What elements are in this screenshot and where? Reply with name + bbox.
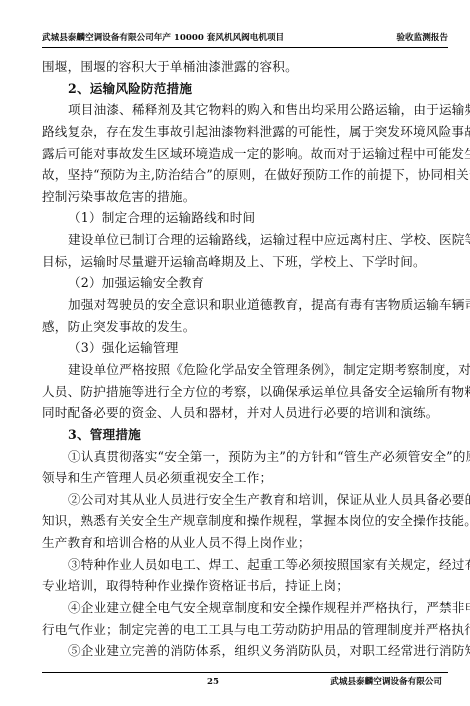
header-project-title: 武城县泰麟空调设备有限公司年产 10000 套风机风阀电机项目 bbox=[42, 31, 284, 45]
paragraph-line: 露后可能对事故发生区域环境造成一定的影响。故而对于运输过程中可能发生的风险事 bbox=[42, 143, 448, 165]
subheading-route-time: （1）制定合理的运输路线和时间 bbox=[42, 207, 448, 229]
list-item-1: ①认真贯彻落实“安全第一，预防为主”的方针和“管生产必须管安全”的原则，各级 bbox=[42, 446, 448, 468]
paragraph-line: 建设单位已制订合理的运输路线，运输过程中应远离村庄、学校、医院等敏感保护 bbox=[42, 229, 448, 251]
document-body: 围堰，围堰的容积大于单桶油漆泄露的容积。 2、运输风险防范措施 项目油漆、稀释剂… bbox=[42, 56, 448, 662]
paragraph-line: 行电气作业；制定完善的电工工具与电工劳动防护用品的管理制度并严格执行； bbox=[42, 619, 448, 641]
paragraph-line: 感，防止突发事故的发生。 bbox=[42, 316, 448, 338]
page-header: 武城县泰麟空调设备有限公司年产 10000 套风机风阀电机项目 验收监测报告 bbox=[42, 30, 448, 48]
subheading-transport-management: （3）强化运输管理 bbox=[42, 337, 448, 359]
paragraph-line: 知识，熟悉有关安全生产规章制度和操作规程，掌握本岗位的安全操作技能。未经安全 bbox=[42, 510, 448, 532]
paragraph-line: 目标，运输时尽量避开运输高峰期及上、下班，学校上、下学时间。 bbox=[42, 251, 448, 273]
paragraph-line: 同时配备必要的资金、人员和器材，并对人员进行必要的培训和演练。 bbox=[42, 402, 448, 424]
paragraph-line: 建设单位严格按照《危险化学品安全管理条例》，制定定期考察制度，对运输车辆、 bbox=[42, 359, 448, 381]
paragraph-line: 项目油漆、稀释剂及其它物料的购入和售出均采用公路运输，由于运输频繁，交通 bbox=[42, 99, 448, 121]
paragraph-line: 故，坚持“预防为主,防治结合”的原则，在做好预防工作的前提下，协同相关部门完善 bbox=[42, 164, 448, 186]
paragraph-line: 生产教育和培训合格的从业人员不得上岗作业； bbox=[42, 532, 448, 554]
section-heading-transport-risk: 2、运输风险防范措施 bbox=[42, 78, 448, 100]
footer-company: 武城县泰麟空调设备有限公司 bbox=[330, 675, 442, 689]
paragraph-line: 领导和生产管理人员必须重视安全工作； bbox=[42, 467, 448, 489]
section-heading-management: 3、管理措施 bbox=[42, 424, 448, 446]
paragraph-line: 人员、防护措施等进行全方位的考察，以确保承运单位具备安全运输所有物料的能力； bbox=[42, 381, 448, 403]
subheading-safety-education: （2）加强运输安全教育 bbox=[42, 272, 448, 294]
list-item-5: ⑤企业建立完善的消防体系，组织义务消防队员，对职工经常进行消防知识和器材 bbox=[42, 640, 448, 662]
paragraph-line: 专业培训，取得特种作业操作资格证书后，持证上岗； bbox=[42, 575, 448, 597]
paragraph-line: 围堰，围堰的容积大于单桶油漆泄露的容积。 bbox=[42, 56, 448, 78]
list-item-3: ③特种作业人员如电工、焊工、起重工等必须按照国家有关规定，经过有关部门的 bbox=[42, 554, 448, 576]
page-footer: 25 武城县泰麟空调设备有限公司 bbox=[42, 672, 448, 689]
paragraph-line: 路线复杂，存在发生事故引起油漆物料泄露的可能性，属于突发环境风险事故，物料泄 bbox=[42, 121, 448, 143]
paragraph-line: 加强对驾驶员的安全意识和职业道德教育，提高有毒有害物质运输车辆司机的责任 bbox=[42, 294, 448, 316]
list-item-4: ④企业建立健全电气安全规章制度和安全操作规程并严格执行，严禁非电工人员进 bbox=[42, 597, 448, 619]
page-number: 25 bbox=[207, 675, 219, 689]
list-item-2: ②公司对其从业人员进行安全生产教育和培训，保证从业人员具备必要的安全生产 bbox=[42, 489, 448, 511]
paragraph-line: 控制污染事故危害的措施。 bbox=[42, 186, 448, 208]
header-report-type: 验收监测报告 bbox=[396, 31, 448, 45]
